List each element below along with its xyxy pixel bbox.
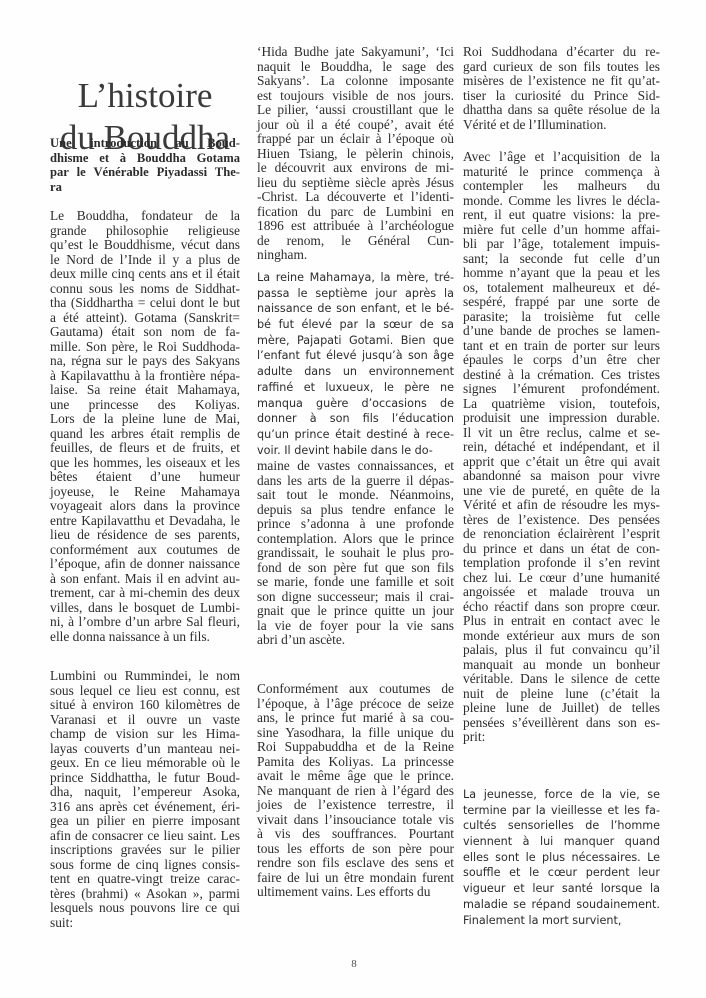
text-line: sine Yasodhara, la fille unique du	[257, 726, 454, 741]
text-line: se marie, fonde une famille et soit	[257, 575, 454, 590]
text-line: champ de vision sur les Hima-	[50, 727, 240, 742]
text-line: prince Siddhattha, le futur Boud-	[50, 771, 240, 786]
text-line: Plus in entrait en contact avec le	[463, 614, 660, 629]
text-line: cultés sensorielles de l’homme	[463, 818, 660, 834]
text-line: passa le septième jour après la	[257, 286, 454, 302]
text-line: le Nord de l’Inde il y a plus de	[50, 253, 240, 268]
text-line: entre Kapilavatthu et Devadaha, le	[50, 514, 240, 529]
text-line: conformément aux coutumes de	[50, 543, 240, 558]
text-line: qu’est le Bouddhisme, vécut dans	[50, 238, 240, 253]
text-line: écho réactif dans son propre cœur.	[463, 600, 660, 615]
text-line: na, régna sur le pays des Sakyans	[50, 354, 240, 369]
text-line: grandissait, le souhait le plus pro-	[257, 546, 454, 561]
text-line: tous les efforts de son père pour	[257, 842, 454, 857]
text-line: laise. Sa reine était Mahamaya,	[50, 383, 240, 398]
text-line: angoissée et malade trouva un	[463, 585, 660, 600]
text-line: fication du parc de Lumbini en	[257, 205, 454, 220]
text-line: monde. Comme les livres le décla-	[463, 194, 660, 209]
text-line: Sakyans’. La colonne imposante	[257, 74, 454, 89]
text-line: Lors de la pleine lune de Mai,	[50, 412, 240, 427]
text-line: lesquels nous pouvons lire ce qui	[50, 901, 240, 916]
text-line: dhattha dans sa quête résolue de la	[463, 103, 660, 118]
text-line: feuilles, de fleurs et de fruits, et	[50, 441, 240, 456]
text-line: qu’un prince était destiné à rece-	[257, 427, 454, 443]
text-line: joyeuse, le Reine Mahamaya	[50, 485, 240, 500]
text-line: gnait que le prince quitte un jour	[257, 604, 454, 619]
text-line: os, totalement malheureux et dé-	[463, 281, 660, 296]
text-line: rent, il eut quatre visions: la pre-	[463, 208, 660, 223]
text-line: grande philosophie religieuse	[50, 224, 240, 239]
subtitle: Une introduction au Boud- dhisme et à Bo…	[50, 136, 240, 194]
text-line: destiné à la crémation. Ces tristes	[463, 368, 660, 383]
text-line: Il vit un être reclus, calme et se-	[463, 426, 660, 441]
text-line: prit:	[463, 730, 660, 745]
column-1-paragraph-2: Lumbini ou Rummindei, le nomsous lequel …	[50, 669, 240, 930]
text-line: joies de l’existence terrestre, il	[257, 798, 454, 813]
text-line: contempler les malheurs du	[463, 179, 660, 194]
subtitle-line: dhisme et à Bouddha Gotama	[50, 151, 240, 166]
text-line: épaules le corps d’un être cher	[463, 353, 660, 368]
text-line: elle donna naissance à un fils.	[50, 630, 240, 645]
text-line: a été atteint). Gotama (Sanskrit=	[50, 311, 240, 326]
text-line: chez lui. Le cœur d’une humanité	[463, 571, 660, 586]
text-line: est toujours visible de nos jours.	[257, 89, 454, 104]
text-line: véritable. Dans le silence de cette	[463, 672, 660, 687]
text-line: maine de vastes connaissances, et	[257, 459, 454, 474]
text-line: La reine Mahamaya, la mère, tré-	[257, 270, 454, 286]
text-line: sait tout le monde. Néanmoins,	[257, 488, 454, 503]
text-line: frappé par un éclair à l’époque où	[257, 132, 454, 147]
text-line: l’enfant fut élevé jusqu’à son âge	[257, 348, 454, 364]
text-line: Avec l’âge et l’acquisition de la	[463, 150, 660, 165]
text-line: une princesse des Koliyas.	[50, 398, 240, 413]
column-3-paragraph-1: Roi Suddhodana d’écarter du re-gard curi…	[463, 45, 660, 132]
text-line: jour où il a été coupé’, avait été	[257, 118, 454, 133]
text-line: voir. Il devint habile dans le do-	[257, 443, 454, 459]
text-line: sous forme de cinq lignes consis-	[50, 858, 240, 873]
text-line: faire de lui un être mondain furent	[257, 871, 454, 886]
text-line: Le pilier, ‘aussi croustillant que le	[257, 103, 454, 118]
text-line: tères (brahmi) « Asokan », parmi	[50, 887, 240, 902]
text-line: d’une bande de proches se lamen-	[463, 324, 660, 339]
text-line: manquait au monde un bonheur	[463, 658, 660, 673]
text-line: sous lequel ce lieu est connu, est	[50, 684, 240, 699]
text-line: elles sont le plus nécessaires. Le	[463, 850, 660, 866]
text-line: connu sous les noms de Siddhat-	[50, 282, 240, 297]
text-line: Vérité et de l’Illumination.	[463, 118, 660, 133]
text-line: trement, car à mi-chemin des deux	[50, 586, 240, 601]
text-line: signes l’émurent profondément.	[463, 382, 660, 397]
text-line: La quatrième vision, toutefois,	[463, 397, 660, 412]
subtitle-line: ra	[50, 180, 240, 195]
text-line: dans les arts de la guerre il dépas-	[257, 474, 454, 489]
text-line: adulte dans un environnement	[257, 364, 454, 380]
text-line: Lumbini ou Rummindei, le nom	[50, 669, 240, 684]
text-line: souffle et le cœur perdent leur	[463, 865, 660, 881]
text-line: tha (Siddhartha = celui dont le but	[50, 296, 240, 311]
text-line: manqua guère d’occasions de	[257, 396, 454, 412]
text-line: du prince et dans un état de con-	[463, 542, 660, 557]
text-line: geux. En ce lieu mémorable où le	[50, 756, 240, 771]
text-line: ningham.	[257, 248, 454, 263]
text-line: La jeunesse, force de la vie, se	[463, 787, 660, 803]
text-line: raffiné et luxueux, le père ne	[257, 380, 454, 396]
text-line: mille. Son père, le Roi Suddhoda-	[50, 340, 240, 355]
text-line: abri d’un ascète.	[257, 633, 454, 648]
text-line: la vie de foyer pour la vie sans	[257, 619, 454, 634]
text-line: Vérité et afin de résoudre les mys-	[463, 498, 660, 513]
text-line: nuit de pleine lune (c’était la	[463, 687, 660, 702]
text-line: Varanasi et il ouvre un vaste	[50, 713, 240, 728]
text-line: suit:	[50, 916, 240, 931]
text-line: apprit que c’était un être qui avait	[463, 455, 660, 470]
column-3-paragraph-3: La jeunesse, force de la vie, setermine …	[463, 787, 660, 928]
text-line: de renonciation éclairèrent l’esprit	[463, 527, 660, 542]
text-line: pleine lune de Juillet) de telles	[463, 701, 660, 716]
text-line: naissance de son enfant, et le bé-	[257, 301, 454, 317]
text-line: misères de l’existence ne fit qu’at-	[463, 74, 660, 89]
text-line: avait le même âge que le prince.	[257, 769, 454, 784]
text-line: de renom, le Général Cun-	[257, 234, 454, 249]
title-line: L’histoire	[50, 75, 240, 117]
page-number: 8	[344, 958, 364, 970]
text-line: monde extérieur aux murs de son	[463, 629, 660, 644]
text-line: vivait dans l’insouciance totale vis	[257, 813, 454, 828]
text-line: homme n’ayant que la peau et les	[463, 266, 660, 281]
text-line: bêtes étaient d’une humeur	[50, 470, 240, 485]
text-line: à vis des souffrances. Pourtant	[257, 827, 454, 842]
text-line: 1896 est attribuée à l’archéologue	[257, 219, 454, 234]
text-line: gea un pilier en pierre imposant	[50, 814, 240, 829]
text-line: ans, le prince fut marié à sa cou-	[257, 711, 454, 726]
text-line: mère, Pajapati Gotami. Bien que	[257, 333, 454, 349]
text-line: templation profonde il s’en revint	[463, 556, 660, 571]
text-line: deux mille cinq cents ans et il était	[50, 267, 240, 282]
text-line: naquit le Bouddha, le sage des	[257, 60, 454, 75]
text-line: ‘Hida Budhe jate Sakyamuni’, ‘Ici	[257, 45, 454, 60]
text-line: quand les arbres était remplis de	[50, 427, 240, 442]
text-line: vigueur et leur santé lorsque la	[463, 881, 660, 897]
text-line: layas couverts d’un manteau nei-	[50, 742, 240, 757]
text-line: Ne manquant de rien à l’égard des	[257, 784, 454, 799]
text-line: inscriptions gravées sur le pilier	[50, 843, 240, 858]
text-line: Gautama) était son nom de fa-	[50, 325, 240, 340]
text-line: lieu de résidence de ses parents,	[50, 528, 240, 543]
text-line: depuis sa plus tendre enfance le	[257, 503, 454, 518]
text-line: tiser la curiosité du Prince Sid-	[463, 89, 660, 104]
text-line: maladie se répand soudainement.	[463, 897, 660, 913]
column-2-paragraph-4: Conformément aux coutumes del’époque, à …	[257, 682, 454, 900]
text-line: Roi Suddhodana d’écarter du re-	[463, 45, 660, 60]
subtitle-line: Une introduction au Boud-	[50, 136, 240, 151]
text-line: 316 ans après cet événement, éri-	[50, 800, 240, 815]
subtitle-line: par le Vénérable Piyadassi The-	[50, 165, 240, 180]
column-1-paragraph-1: Le Bouddha, fondateur de lagrande philos…	[50, 209, 240, 644]
text-line: rendre son fils esclave des sens et	[257, 856, 454, 871]
text-line: Roi Suppabuddha et de la Reine	[257, 740, 454, 755]
text-line: mière fut celle d’un homme affai-	[463, 223, 660, 238]
text-line: pensées s’éveillèrent dans son es-	[463, 716, 660, 731]
text-line: sespéré, frappé par une sorte de	[463, 295, 660, 310]
text-line: l’époque, afin de donner naissance	[50, 557, 240, 572]
text-line: contemplation. Alors que le prince	[257, 532, 454, 547]
text-line: voyageait alors dans la province	[50, 499, 240, 514]
text-line: palais, plus il fut convaincu qu’il	[463, 643, 660, 658]
column-2-paragraph-2: La reine Mahamaya, la mère, tré-passa le…	[257, 270, 454, 458]
text-line: ni, à l’ombre d’un arbre Sal fleuri,	[50, 615, 240, 630]
column-3-paragraph-2: Avec l’âge et l’acquisition de lamaturit…	[463, 150, 660, 745]
text-line: Pamita des Koliyas. La princesse	[257, 755, 454, 770]
text-line: que les hommes, les oiseaux et les	[50, 456, 240, 471]
text-line: Finalement la mort survient,	[463, 913, 660, 929]
text-line: son digne successeur; mais il crai-	[257, 590, 454, 605]
text-line: abandonné sa maison pour vivre	[463, 469, 660, 484]
text-line: viennent à lui manquer quand	[463, 834, 660, 850]
text-line: prince s’adonna à une profonde	[257, 517, 454, 532]
column-2-paragraph-3: maine de vastes connaissances, etdans le…	[257, 459, 454, 648]
text-line: lieu du septième siècle après Jésus	[257, 176, 454, 191]
text-line: afin de consacrer ce lieu saint. Les	[50, 829, 240, 844]
document-page: L’histoire du Bouddha Une introduction a…	[0, 0, 706, 998]
text-line: l’époque, à l’âge précoce de seize	[257, 697, 454, 712]
text-line: termine par la vieillesse et les fa-	[463, 803, 660, 819]
text-line: bé fut élevé par la sœur de sa	[257, 317, 454, 333]
column-2-paragraph-1: ‘Hida Budhe jate Sakyamuni’, ‘Icinaquit …	[257, 45, 454, 263]
text-line: donner à son fils l’éducation	[257, 411, 454, 427]
text-line: à son enfant. Mais il en advint au-	[50, 572, 240, 587]
text-line: parasite; la troisième fut celle	[463, 310, 660, 325]
text-line: tères de l’existence. Des pensées	[463, 513, 660, 528]
text-line: fond de son père fut que son fils	[257, 561, 454, 576]
text-line: gard curieux de son fils toutes les	[463, 60, 660, 75]
text-line: tant et en train de porter sur leurs	[463, 339, 660, 354]
text-line: dha, naquit, l’empereur Asoka,	[50, 785, 240, 800]
text-line: à Kapilavatthu à la frontière népa-	[50, 369, 240, 384]
text-line: tent en quatre-vingt treize carac-	[50, 872, 240, 887]
text-line: villes, dans le bosquet de Lumbi-	[50, 601, 240, 616]
text-line: Conformément aux coutumes de	[257, 682, 454, 697]
text-line: rein, détaché et indépendant, et il	[463, 440, 660, 455]
text-line: maturité le prince commença à	[463, 165, 660, 180]
text-line: une vie de pureté, en quête de la	[463, 484, 660, 499]
text-line: situé à environ 160 kilomètres de	[50, 698, 240, 713]
text-line: bli par l’âge, totalement impuis-	[463, 237, 660, 252]
text-line: -Christ. La découverte et l’identi-	[257, 190, 454, 205]
text-line: produisit une impression durable.	[463, 411, 660, 426]
text-line: le découvrit aux environs de mi-	[257, 161, 454, 176]
text-line: Hiuen Tsiang, le pèlerin chinois,	[257, 147, 454, 162]
text-line: Le Bouddha, fondateur de la	[50, 209, 240, 224]
text-line: ultimement vains. Les efforts du	[257, 885, 454, 900]
text-line: sant; la seconde fut celle d’un	[463, 252, 660, 267]
